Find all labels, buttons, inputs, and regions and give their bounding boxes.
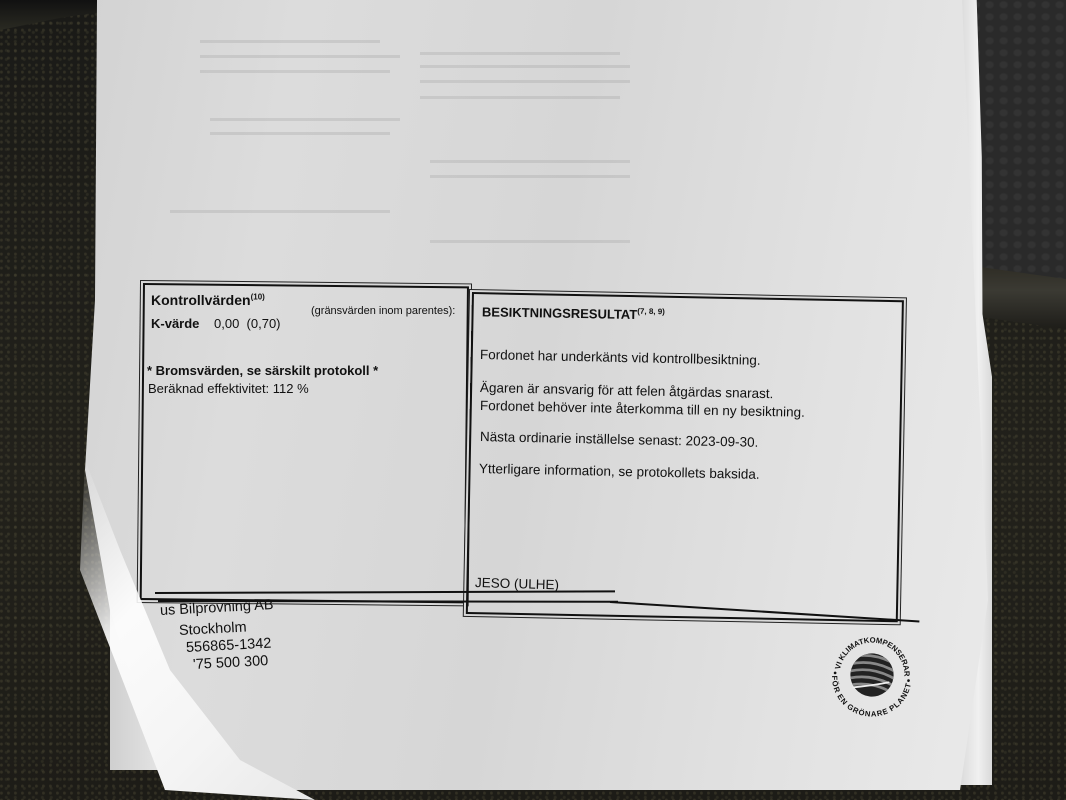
k-value-limit: (0,70)	[247, 316, 281, 331]
climate-compensation-logo: VI KLIMATKOMPENSERAR FÖR EN GRÖNARE PLAN…	[823, 626, 922, 725]
show-through-text	[200, 70, 390, 73]
inspection-result-title-text: BESIKTNINGSRESULTAT	[482, 304, 638, 322]
show-through-text	[170, 210, 390, 213]
show-through-text	[430, 175, 630, 178]
control-values-title-text: Kontrollvärden	[151, 292, 251, 308]
inspection-result-title: BESIKTNINGSRESULTAT(7, 8, 9)	[482, 304, 665, 323]
footnote-ref: (7, 8, 9)	[637, 307, 665, 316]
show-through-text	[420, 96, 620, 99]
show-through-text	[210, 118, 400, 121]
show-through-text	[420, 65, 630, 68]
brake-values-heading: * Bromsvärden, se särskilt protokoll *	[147, 363, 378, 378]
control-values-box	[140, 283, 469, 603]
k-value-label: K-värde	[151, 316, 199, 331]
k-value-number: 0,00	[214, 316, 239, 331]
brake-efficiency: Beräknad effektivitet: 112 %	[148, 381, 309, 396]
globe-icon	[843, 651, 901, 700]
show-through-text	[420, 52, 620, 55]
show-through-text	[430, 240, 630, 243]
k-value: 0,00 (0,70)	[214, 316, 281, 331]
limits-hint: (gränsvärden inom parentes):	[311, 305, 455, 317]
inspection-result-box	[466, 292, 904, 622]
show-through-text	[200, 55, 400, 58]
show-through-text	[420, 80, 630, 83]
show-through-text	[200, 40, 380, 43]
show-through-text	[210, 132, 390, 135]
control-values-title: Kontrollvärden(10)	[151, 292, 265, 308]
show-through-text	[430, 160, 630, 163]
footnote-ref: (10)	[251, 292, 265, 301]
